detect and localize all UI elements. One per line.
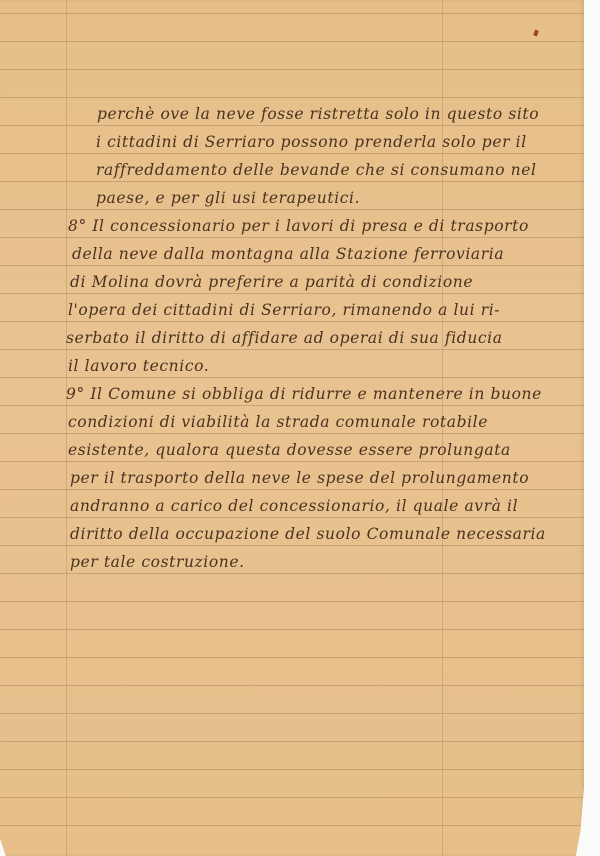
ruled-line — [0, 629, 584, 630]
text-line-13: esistente, qualora questa dovesse essere… — [68, 441, 511, 459]
ruled-line — [0, 97, 584, 98]
ruled-line — [0, 797, 584, 798]
text-line-17: per tale costruzione. — [70, 553, 245, 571]
ruled-line — [0, 713, 584, 714]
left-margin-line — [66, 0, 67, 856]
text-line-8: l'opera dei cittadini di Serriaro, riman… — [68, 301, 500, 319]
ruled-line — [0, 657, 584, 658]
ruled-line — [0, 825, 584, 826]
ruled-line — [0, 545, 584, 546]
text-line-14: per il trasporto della neve le spese del… — [70, 469, 529, 487]
ruled-line — [0, 489, 584, 490]
text-line-6: della neve dalla montagna alla Stazione … — [72, 245, 504, 263]
ruled-line — [0, 125, 584, 126]
text-line-15: andranno a carico del concessionario, il… — [70, 497, 518, 515]
ruled-line — [0, 209, 584, 210]
text-line-9: serbato il diritto di affidare ad operai… — [66, 329, 503, 347]
ruled-line — [0, 517, 584, 518]
ruled-line — [0, 601, 584, 602]
ruled-line — [0, 769, 584, 770]
ruled-line — [0, 181, 584, 182]
text-line-11: 9° Il Comune si obbliga di ridurre e man… — [66, 385, 542, 403]
ruled-line — [0, 377, 584, 378]
text-line-3: raffreddamento delle bevande che si cons… — [96, 161, 537, 179]
ruled-line — [0, 69, 584, 70]
text-line-16: diritto della occupazione del suolo Comu… — [70, 525, 546, 543]
ruled-line — [0, 237, 584, 238]
document-page: perchè ove la neve fosse ristretta solo … — [0, 0, 584, 856]
text-line-4: paese, e per gli usi terapeutici. — [96, 189, 360, 207]
ruled-line — [0, 13, 584, 14]
text-line-5: 8° Il concessionario per i lavori di pre… — [68, 217, 529, 235]
text-line-7: di Molina dovrà preferire a parità di co… — [70, 273, 473, 291]
corner-ink-mark — [533, 29, 539, 36]
ruled-line — [0, 293, 584, 294]
ruled-line — [0, 573, 584, 574]
ruled-line — [0, 433, 584, 434]
ruled-line — [0, 741, 584, 742]
ruled-line — [0, 265, 584, 266]
ruled-line — [0, 153, 584, 154]
ruled-line — [0, 41, 584, 42]
ruled-line — [0, 685, 584, 686]
ruled-line — [0, 321, 584, 322]
ruled-line — [0, 461, 584, 462]
text-line-12: condizioni di viabilità la strada comuna… — [68, 413, 488, 431]
text-line-1: perchè ove la neve fosse ristretta solo … — [97, 105, 539, 123]
ruled-line — [0, 405, 584, 406]
ruled-line — [0, 349, 584, 350]
text-line-10: il lavoro tecnico. — [68, 357, 209, 375]
text-line-2: i cittadini di Serriaro possono prenderl… — [96, 133, 527, 151]
